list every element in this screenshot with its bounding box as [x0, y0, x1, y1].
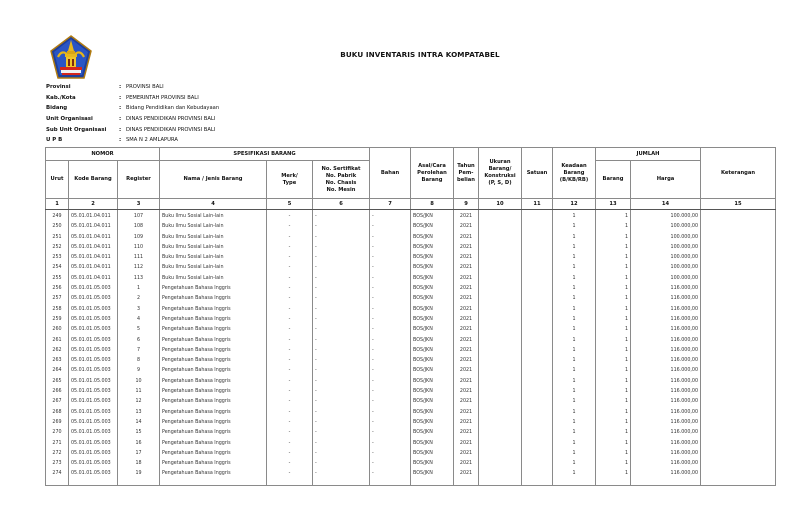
cell-satuan	[522, 274, 553, 284]
cell-bahan: -	[370, 356, 411, 366]
cell-asal: BOS/JKN	[411, 469, 454, 486]
cell-barang: 1	[596, 284, 631, 294]
column-number-row: 123456789101112131415	[46, 199, 776, 210]
cell-sertifikat: -	[313, 377, 370, 387]
col-header-kode: Kode Barang	[69, 161, 118, 199]
cell-merk: -	[267, 356, 313, 366]
cell-register: 113	[118, 274, 160, 284]
cell-keadaan: 1	[553, 284, 596, 294]
cell-sertifikat: -	[313, 459, 370, 469]
cell-merk: -	[267, 253, 313, 263]
cell-sertifikat: -	[313, 243, 370, 253]
cell-asal: BOS/JKN	[411, 284, 454, 294]
cell-nama: Pengetahuan Bahasa Inggris	[160, 366, 267, 376]
cell-barang: 1	[596, 449, 631, 459]
meta-colon: :	[119, 116, 126, 122]
cell-keterangan	[701, 274, 776, 284]
cell-sertifikat: -	[313, 449, 370, 459]
cell-ukuran	[479, 397, 522, 407]
table-row: 26105.01.01.05.0036Pengetahuan Bahasa In…	[46, 336, 776, 346]
group-header-jumlah: JUMLAH	[596, 148, 701, 161]
table-row: 25005.01.01.04.011108Buku Ilmu Sosial La…	[46, 222, 776, 232]
cell-keterangan	[701, 336, 776, 346]
cell-nama: Pengetahuan Bahasa Inggris	[160, 305, 267, 315]
cell-merk: -	[267, 222, 313, 232]
cell-register: 109	[118, 233, 160, 243]
column-number: 2	[69, 199, 118, 210]
cell-tahun: 2021	[454, 387, 479, 397]
table-row: 25705.01.01.05.0032Pengetahuan Bahasa In…	[46, 294, 776, 304]
column-number: 6	[313, 199, 370, 210]
cell-tahun: 2021	[454, 210, 479, 223]
cell-ukuran	[479, 418, 522, 428]
cell-asal: BOS/JKN	[411, 346, 454, 356]
cell-sertifikat: -	[313, 469, 370, 486]
cell-tahun: 2021	[454, 366, 479, 376]
table-row: 24905.01.01.04.011107Buku Ilmu Sosial La…	[46, 210, 776, 223]
cell-harga: 116.000,00	[631, 449, 701, 459]
cell-urut: 269	[46, 418, 69, 428]
column-number: 12	[553, 199, 596, 210]
cell-tahun: 2021	[454, 305, 479, 315]
cell-keadaan: 1	[553, 336, 596, 346]
cell-harga: 100.000,00	[631, 210, 701, 223]
cell-harga: 116.000,00	[631, 284, 701, 294]
col-header-register: Register	[118, 161, 160, 199]
meta-row: Bidang:Bidang Pendidikan dan Kebudayaan	[46, 103, 219, 114]
table-row: 26705.01.01.05.00312Pengetahuan Bahasa I…	[46, 397, 776, 407]
cell-kode: 05.01.01.05.003	[69, 377, 118, 387]
table-row: 27005.01.01.05.00315Pengetahuan Bahasa I…	[46, 428, 776, 438]
cell-satuan	[522, 428, 553, 438]
cell-asal: BOS/JKN	[411, 274, 454, 284]
cell-ukuran	[479, 325, 522, 335]
cell-merk: -	[267, 408, 313, 418]
cell-urut: 259	[46, 315, 69, 325]
cell-bahan: -	[370, 346, 411, 356]
cell-bahan: -	[370, 253, 411, 263]
cell-harga: 116.000,00	[631, 315, 701, 325]
cell-merk: -	[267, 439, 313, 449]
cell-barang: 1	[596, 459, 631, 469]
cell-merk: -	[267, 210, 313, 223]
cell-keterangan	[701, 315, 776, 325]
meta-label: Bidang	[46, 105, 119, 111]
cell-urut: 261	[46, 336, 69, 346]
table-row: 26305.01.01.05.0038Pengetahuan Bahasa In…	[46, 356, 776, 366]
cell-urut: 272	[46, 449, 69, 459]
cell-satuan	[522, 459, 553, 469]
cell-ukuran	[479, 294, 522, 304]
cell-bahan: -	[370, 449, 411, 459]
cell-asal: BOS/JKN	[411, 294, 454, 304]
cell-bahan: -	[370, 366, 411, 376]
cell-merk: -	[267, 418, 313, 428]
cell-merk: -	[267, 428, 313, 438]
cell-sertifikat: -	[313, 274, 370, 284]
cell-keterangan	[701, 222, 776, 232]
meta-value: Bidang Pendidikan dan Kebudayaan	[126, 105, 219, 111]
cell-kode: 05.01.01.05.003	[69, 366, 118, 376]
cell-kode: 05.01.01.04.011	[69, 274, 118, 284]
cell-ukuran	[479, 233, 522, 243]
cell-keterangan	[701, 439, 776, 449]
cell-asal: BOS/JKN	[411, 449, 454, 459]
cell-bahan: -	[370, 210, 411, 223]
cell-tahun: 2021	[454, 325, 479, 335]
cell-barang: 1	[596, 469, 631, 486]
cell-sertifikat: -	[313, 346, 370, 356]
cell-harga: 116.000,00	[631, 387, 701, 397]
cell-register: 8	[118, 356, 160, 366]
cell-sertifikat: -	[313, 222, 370, 232]
cell-sertifikat: -	[313, 408, 370, 418]
cell-barang: 1	[596, 366, 631, 376]
cell-tahun: 2021	[454, 459, 479, 469]
cell-keadaan: 1	[553, 305, 596, 315]
table-row: 25505.01.01.04.011113Buku Ilmu Sosial La…	[46, 274, 776, 284]
cell-nama: Buku Ilmu Sosial Lain-lain	[160, 210, 267, 223]
cell-satuan	[522, 233, 553, 243]
column-number: 9	[454, 199, 479, 210]
cell-keadaan: 1	[553, 233, 596, 243]
cell-keadaan: 1	[553, 263, 596, 273]
cell-asal: BOS/JKN	[411, 325, 454, 335]
cell-satuan	[522, 449, 553, 459]
cell-keterangan	[701, 428, 776, 438]
cell-urut: 258	[46, 305, 69, 315]
cell-tahun: 2021	[454, 315, 479, 325]
cell-ukuran	[479, 387, 522, 397]
table-row: 26905.01.01.05.00314Pengetahuan Bahasa I…	[46, 418, 776, 428]
cell-satuan	[522, 377, 553, 387]
cell-bahan: -	[370, 377, 411, 387]
meta-colon: :	[119, 84, 126, 90]
meta-label: Sub Unit Organisasi	[46, 127, 119, 133]
cell-register: 4	[118, 315, 160, 325]
cell-bahan: -	[370, 222, 411, 232]
cell-tahun: 2021	[454, 439, 479, 449]
cell-asal: BOS/JKN	[411, 336, 454, 346]
cell-tahun: 2021	[454, 243, 479, 253]
cell-kode: 05.01.01.04.011	[69, 222, 118, 232]
cell-barang: 1	[596, 274, 631, 284]
col-header-urut: Urut	[46, 161, 69, 199]
cell-ukuran	[479, 428, 522, 438]
cell-urut: 273	[46, 459, 69, 469]
cell-register: 7	[118, 346, 160, 356]
cell-sertifikat: -	[313, 439, 370, 449]
column-number: 10	[479, 199, 522, 210]
cell-bahan: -	[370, 315, 411, 325]
cell-register: 107	[118, 210, 160, 223]
cell-nama: Buku Ilmu Sosial Lain-lain	[160, 274, 267, 284]
cell-barang: 1	[596, 253, 631, 263]
column-number: 3	[118, 199, 160, 210]
cell-bahan: -	[370, 397, 411, 407]
cell-sertifikat: -	[313, 294, 370, 304]
cell-nama: Pengetahuan Bahasa Inggris	[160, 408, 267, 418]
cell-satuan	[522, 243, 553, 253]
cell-nama: Pengetahuan Bahasa Inggris	[160, 294, 267, 304]
table-row: 25405.01.01.04.011112Buku Ilmu Sosial La…	[46, 263, 776, 273]
cell-harga: 116.000,00	[631, 459, 701, 469]
cell-keadaan: 1	[553, 366, 596, 376]
cell-register: 112	[118, 263, 160, 273]
cell-bahan: -	[370, 243, 411, 253]
cell-harga: 100.000,00	[631, 274, 701, 284]
cell-tahun: 2021	[454, 346, 479, 356]
cell-tahun: 2021	[454, 449, 479, 459]
cell-satuan	[522, 366, 553, 376]
cell-tahun: 2021	[454, 336, 479, 346]
cell-barang: 1	[596, 233, 631, 243]
cell-kode: 05.01.01.05.003	[69, 315, 118, 325]
cell-keterangan	[701, 356, 776, 366]
cell-keadaan: 1	[553, 222, 596, 232]
cell-satuan	[522, 294, 553, 304]
cell-kode: 05.01.01.05.003	[69, 356, 118, 366]
cell-barang: 1	[596, 222, 631, 232]
cell-kode: 05.01.01.04.011	[69, 243, 118, 253]
cell-merk: -	[267, 315, 313, 325]
cell-harga: 100.000,00	[631, 222, 701, 232]
cell-keadaan: 1	[553, 469, 596, 486]
cell-harga: 116.000,00	[631, 428, 701, 438]
table-row: 25105.01.01.04.011109Buku Ilmu Sosial La…	[46, 233, 776, 243]
col-header-barang: Barang	[596, 161, 631, 199]
cell-bahan: -	[370, 336, 411, 346]
cell-register: 17	[118, 449, 160, 459]
cell-keterangan	[701, 397, 776, 407]
cell-merk: -	[267, 243, 313, 253]
meta-label: Unit Organisasi	[46, 116, 119, 122]
cell-keadaan: 1	[553, 408, 596, 418]
cell-merk: -	[267, 336, 313, 346]
cell-merk: -	[267, 449, 313, 459]
cell-satuan	[522, 356, 553, 366]
cell-barang: 1	[596, 428, 631, 438]
cell-nama: Pengetahuan Bahasa Inggris	[160, 346, 267, 356]
cell-barang: 1	[596, 243, 631, 253]
cell-merk: -	[267, 325, 313, 335]
cell-barang: 1	[596, 210, 631, 223]
cell-kode: 05.01.01.05.003	[69, 428, 118, 438]
cell-register: 14	[118, 418, 160, 428]
cell-harga: 116.000,00	[631, 397, 701, 407]
cell-kode: 05.01.01.05.003	[69, 305, 118, 315]
cell-bahan: -	[370, 263, 411, 273]
cell-register: 10	[118, 377, 160, 387]
inventory-table: NOMOR SPESIFIKASI BARANG Bahan Asal/Cara…	[45, 147, 776, 486]
cell-sertifikat: -	[313, 356, 370, 366]
cell-ukuran	[479, 243, 522, 253]
cell-merk: -	[267, 284, 313, 294]
meta-row: Kab./Kota:PEMERINTAH PROVINSI BALI	[46, 93, 219, 104]
cell-asal: BOS/JKN	[411, 305, 454, 315]
table-row: 25905.01.01.05.0034Pengetahuan Bahasa In…	[46, 315, 776, 325]
cell-sertifikat: -	[313, 233, 370, 243]
col-header-keterangan: Keterangan	[701, 148, 776, 199]
cell-urut: 274	[46, 469, 69, 486]
cell-barang: 1	[596, 305, 631, 315]
cell-sertifikat: -	[313, 418, 370, 428]
cell-urut: 255	[46, 274, 69, 284]
cell-urut: 254	[46, 263, 69, 273]
cell-urut: 253	[46, 253, 69, 263]
cell-harga: 116.000,00	[631, 305, 701, 315]
cell-harga: 100.000,00	[631, 243, 701, 253]
cell-barang: 1	[596, 418, 631, 428]
cell-tahun: 2021	[454, 253, 479, 263]
cell-keterangan	[701, 408, 776, 418]
cell-merk: -	[267, 366, 313, 376]
cell-nama: Pengetahuan Bahasa Inggris	[160, 428, 267, 438]
document-metadata: Provinsi:PROVINSI BALIKab./Kota:PEMERINT…	[46, 82, 219, 146]
cell-kode: 05.01.01.05.003	[69, 439, 118, 449]
cell-merk: -	[267, 263, 313, 273]
cell-register: 18	[118, 459, 160, 469]
cell-nama: Pengetahuan Bahasa Inggris	[160, 449, 267, 459]
cell-keterangan	[701, 459, 776, 469]
cell-register: 110	[118, 243, 160, 253]
cell-satuan	[522, 263, 553, 273]
cell-sertifikat: -	[313, 336, 370, 346]
cell-ukuran	[479, 210, 522, 223]
group-header-spesifikasi: SPESIFIKASI BARANG	[160, 148, 370, 161]
cell-keadaan: 1	[553, 387, 596, 397]
cell-kode: 05.01.01.04.011	[69, 210, 118, 223]
cell-satuan	[522, 210, 553, 223]
cell-keadaan: 1	[553, 315, 596, 325]
cell-tahun: 2021	[454, 356, 479, 366]
cell-ukuran	[479, 408, 522, 418]
cell-harga: 116.000,00	[631, 408, 701, 418]
cell-satuan	[522, 408, 553, 418]
table-row: 25305.01.01.04.011111Buku Ilmu Sosial La…	[46, 253, 776, 263]
cell-barang: 1	[596, 336, 631, 346]
meta-label: Kab./Kota	[46, 95, 119, 101]
cell-urut: 265	[46, 377, 69, 387]
cell-bahan: -	[370, 284, 411, 294]
cell-nama: Pengetahuan Bahasa Inggris	[160, 459, 267, 469]
cell-urut: 267	[46, 397, 69, 407]
table-row: 26505.01.01.05.00310Pengetahuan Bahasa I…	[46, 377, 776, 387]
cell-harga: 100.000,00	[631, 263, 701, 273]
cell-merk: -	[267, 294, 313, 304]
cell-asal: BOS/JKN	[411, 377, 454, 387]
table-row: 25805.01.01.05.0033Pengetahuan Bahasa In…	[46, 305, 776, 315]
cell-asal: BOS/JKN	[411, 397, 454, 407]
column-number: 11	[522, 199, 553, 210]
cell-sertifikat: -	[313, 366, 370, 376]
cell-nama: Buku Ilmu Sosial Lain-lain	[160, 243, 267, 253]
cell-urut: 257	[46, 294, 69, 304]
cell-ukuran	[479, 274, 522, 284]
cell-ukuran	[479, 439, 522, 449]
cell-asal: BOS/JKN	[411, 233, 454, 243]
cell-ukuran	[479, 305, 522, 315]
cell-keadaan: 1	[553, 253, 596, 263]
cell-register: 12	[118, 397, 160, 407]
column-number: 13	[596, 199, 631, 210]
cell-keterangan	[701, 469, 776, 486]
cell-harga: 116.000,00	[631, 356, 701, 366]
cell-keterangan	[701, 263, 776, 273]
cell-ukuran	[479, 284, 522, 294]
cell-asal: BOS/JKN	[411, 408, 454, 418]
column-number: 15	[701, 199, 776, 210]
cell-kode: 05.01.01.05.003	[69, 418, 118, 428]
cell-nama: Buku Ilmu Sosial Lain-lain	[160, 233, 267, 243]
meta-value: DINAS PENDIDIKAN PROVINSI BALI	[126, 116, 215, 122]
cell-urut: 270	[46, 428, 69, 438]
cell-nama: Pengetahuan Bahasa Inggris	[160, 469, 267, 486]
cell-urut: 249	[46, 210, 69, 223]
meta-row: Provinsi:PROVINSI BALI	[46, 82, 219, 93]
cell-register: 19	[118, 469, 160, 486]
cell-bahan: -	[370, 418, 411, 428]
meta-colon: :	[119, 105, 126, 111]
cell-register: 2	[118, 294, 160, 304]
cell-register: 13	[118, 408, 160, 418]
column-number: 7	[370, 199, 411, 210]
cell-keadaan: 1	[553, 243, 596, 253]
cell-satuan	[522, 397, 553, 407]
meta-colon: :	[119, 127, 126, 133]
column-number: 14	[631, 199, 701, 210]
cell-register: 1	[118, 284, 160, 294]
cell-harga: 116.000,00	[631, 469, 701, 486]
cell-barang: 1	[596, 325, 631, 335]
cell-keterangan	[701, 418, 776, 428]
col-header-sertifikat: No. SertifikatNo. PabrikNo. ChasisNo. Me…	[313, 161, 370, 199]
cell-keterangan	[701, 305, 776, 315]
cell-urut: 256	[46, 284, 69, 294]
cell-harga: 116.000,00	[631, 325, 701, 335]
cell-ukuran	[479, 449, 522, 459]
cell-register: 11	[118, 387, 160, 397]
cell-kode: 05.01.01.04.011	[69, 233, 118, 243]
cell-keadaan: 1	[553, 377, 596, 387]
cell-asal: BOS/JKN	[411, 263, 454, 273]
cell-satuan	[522, 439, 553, 449]
cell-register: 16	[118, 439, 160, 449]
meta-value: PEMERINTAH PROVINSI BALI	[126, 95, 199, 101]
cell-ukuran	[479, 253, 522, 263]
cell-barang: 1	[596, 377, 631, 387]
cell-ukuran	[479, 469, 522, 486]
document-title: BUKU INVENTARIS INTRA KOMPATABEL	[300, 50, 540, 59]
cell-kode: 05.01.01.05.003	[69, 449, 118, 459]
cell-asal: BOS/JKN	[411, 315, 454, 325]
cell-bahan: -	[370, 294, 411, 304]
table-row: 27105.01.01.05.00316Pengetahuan Bahasa I…	[46, 439, 776, 449]
cell-keterangan	[701, 253, 776, 263]
cell-harga: 100.000,00	[631, 233, 701, 243]
column-number: 4	[160, 199, 267, 210]
cell-sertifikat: -	[313, 387, 370, 397]
cell-asal: BOS/JKN	[411, 243, 454, 253]
cell-tahun: 2021	[454, 469, 479, 486]
column-number: 5	[267, 199, 313, 210]
cell-nama: Pengetahuan Bahasa Inggris	[160, 336, 267, 346]
cell-urut: 271	[46, 439, 69, 449]
cell-tahun: 2021	[454, 222, 479, 232]
meta-colon: :	[119, 95, 126, 101]
meta-value: PROVINSI BALI	[126, 84, 164, 90]
column-number: 8	[411, 199, 454, 210]
